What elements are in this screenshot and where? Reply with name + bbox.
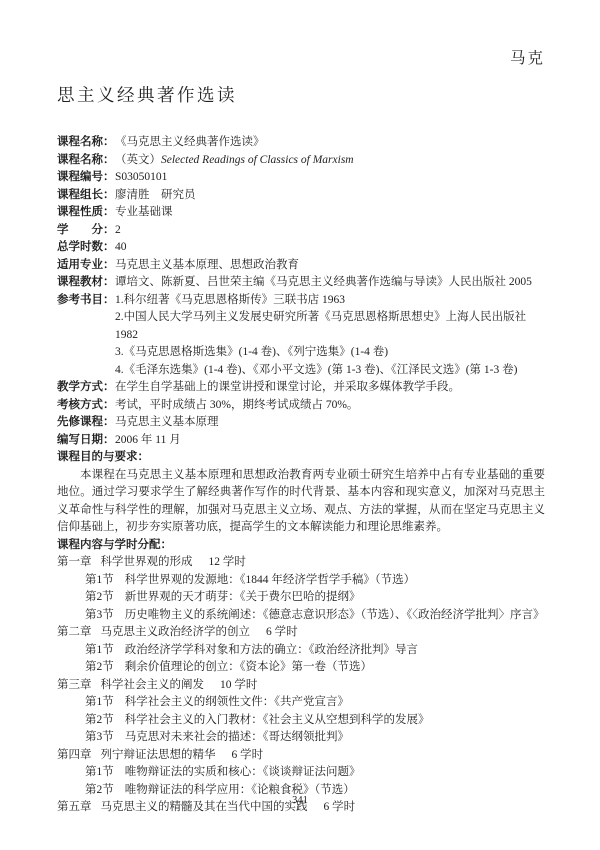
field-value-prefix: （英文） <box>115 154 161 166</box>
field-value: 40 <box>115 239 545 257</box>
chapter-3: 第三章科学社会主义的阐发10 学时 <box>57 677 545 695</box>
document-page: 马克 思主义经典著作选读 课程名称： 《马克思主义经典著作选读》 课程名称： （… <box>0 0 600 850</box>
field-value: 2006 年 11 月 <box>115 432 545 450</box>
field-written-date: 编写日期： 2006 年 11 月 <box>57 432 545 450</box>
field-label: 课程名称： <box>57 134 115 152</box>
chapter-title: 马克思主义政治经济学的创立 <box>101 626 251 638</box>
field-value: 廖清胜 研究员 <box>115 187 545 205</box>
field-label: 课程性质： <box>57 204 115 222</box>
page-number: 341 <box>0 792 600 810</box>
field-label: 学 分： <box>57 222 115 240</box>
course-info-fields: 课程名称： 《马克思主义经典著作选读》 课程名称： （英文）Selected R… <box>57 134 545 449</box>
chapter-number: 第一章 <box>57 556 92 568</box>
field-label: 总学时数： <box>57 239 115 257</box>
section-number: 第2节 <box>85 591 114 603</box>
field-reference-books-line2: 2.中国人民大学马列主义发展史研究所著《马克思恩格斯思想史》上海人民出版社 19… <box>57 309 545 344</box>
section-number: 第3节 <box>85 609 114 621</box>
field-label: 参考书目： <box>57 292 115 310</box>
field-total-hours: 总学时数： 40 <box>57 239 545 257</box>
field-label: 课程教材： <box>57 274 115 292</box>
chapter-3-section-1: 第1节科学社会主义的纲领性文件：《共产党宣言》 <box>57 694 545 712</box>
field-value: 4.《毛泽东选集》(1-4 卷)、《邓小平文选》(第 1-3 卷)、《江泽民文选… <box>115 362 545 380</box>
chapter-hours: 10 学时 <box>220 679 257 691</box>
field-value: 在学生自学基础上的课堂讲授和课堂讨论，并采取多媒体教学手段。 <box>115 379 545 397</box>
section-number: 第1节 <box>85 696 114 708</box>
chapter-title: 科学社会主义的阐发 <box>101 679 205 691</box>
chapter-1-section-3: 第3节历史唯物主义的系统阐述：《德意志意识形态》（节选）、《〈政治经济学批判〉序… <box>57 607 545 625</box>
field-applicable-majors: 适用专业： 马克思主义基本原理、思想政治教育 <box>57 257 545 275</box>
section-text: 剩余价值理论的创立：《资本论》第一卷（节选） <box>125 661 372 673</box>
chapter-4-section-1: 第1节唯物辩证法的实质和核心：《谈谈辩证法问题》 <box>57 764 545 782</box>
chapter-3-section-2: 第2节科学社会主义的入门教材：《社会主义从空想到科学的发展》 <box>57 712 545 730</box>
section-number: 第2节 <box>85 661 114 673</box>
field-value: 3.《马克思恩格斯选集》(1-4 卷)、《列宁选集》(1-4 卷) <box>115 344 545 362</box>
field-value: 马克思主义基本原理 <box>115 414 545 432</box>
field-value: 马克思主义基本原理、思想政治教育 <box>115 257 545 275</box>
section-number: 第1节 <box>85 574 114 586</box>
field-label: 适用专业： <box>57 257 115 275</box>
header-carryover-text: 马克 <box>57 48 545 70</box>
field-value: 专业基础课 <box>115 204 545 222</box>
chapter-number: 第三章 <box>57 679 92 691</box>
chapter-hours: 6 学时 <box>232 749 264 761</box>
field-label: 课程组长： <box>57 187 115 205</box>
course-outline: 第一章科学世界观的形成12 学时 第1节科学世界观的发源地：《1844 年经济学… <box>57 554 545 817</box>
section-number: 第1节 <box>85 766 114 778</box>
field-label: 教学方式： <box>57 379 115 397</box>
field-course-leader: 课程组长： 廖清胜 研究员 <box>57 187 545 205</box>
chapter-2: 第二章马克思主义政治经济学的创立6 学时 <box>57 624 545 642</box>
field-prerequisite-course: 先修课程： 马克思主义基本原理 <box>57 414 545 432</box>
section-text: 政治经济学学科对象和方法的确立：《政治经济批判》导言 <box>125 644 418 656</box>
field-textbook: 课程教材： 谭培文、陈新夏、吕世荣主编《马克思主义经典著作选编与导读》人民出版社… <box>57 274 545 292</box>
field-course-type: 课程性质： 专业基础课 <box>57 204 545 222</box>
section-number: 第3节 <box>85 731 114 743</box>
field-label: 课程编号： <box>57 169 115 187</box>
section-text: 科学社会主义的纲领性文件：《共产党宣言》 <box>125 696 349 708</box>
section-number: 第2节 <box>85 714 114 726</box>
field-reference-books: 参考书目： 1.科尔纽著《马克思恩格斯传》三联书店 1963 <box>57 292 545 310</box>
field-label: 课程名称： <box>57 152 115 170</box>
chapter-2-section-1: 第1节政治经济学学科对象和方法的确立：《政治经济批判》导言 <box>57 642 545 660</box>
field-course-name-en: 课程名称： （英文）Selected Readings of Classics … <box>57 152 545 170</box>
chapter-hours: 12 学时 <box>209 556 246 568</box>
field-reference-books-line4: 4.《毛泽东选集》(1-4 卷)、《邓小平文选》(第 1-3 卷)、《江泽民文选… <box>57 362 545 380</box>
field-reference-books-line3: 3.《马克思恩格斯选集》(1-4 卷)、《列宁选集》(1-4 卷) <box>57 344 545 362</box>
field-teaching-method: 教学方式： 在学生自学基础上的课堂讲授和课堂讨论，并采取多媒体教学手段。 <box>57 379 545 397</box>
section-number: 第1节 <box>85 644 114 656</box>
page-title: 思主义经典著作选读 <box>57 83 545 107</box>
chapter-title: 列宁辩证法思想的精华 <box>101 749 216 761</box>
field-value: 《马克思主义经典著作选读》 <box>115 134 545 152</box>
chapter-number: 第四章 <box>57 749 92 761</box>
field-assessment-method: 考核方式： 考试，平时成绩占 30%，期终考试成绩占 70%。 <box>57 397 545 415</box>
chapter-1-section-1: 第1节科学世界观的发源地：《1844 年经济学哲学手稿》（节选） <box>57 572 545 590</box>
section-text: 科学社会主义的入门教材：《社会主义从空想到科学的发展》 <box>125 714 430 726</box>
field-value: 2 <box>115 222 545 240</box>
objectives-heading: 课程目的与要求： <box>57 449 545 467</box>
field-value: 谭培文、陈新夏、吕世荣主编《马克思主义经典著作选编与导读》人民出版社 2005 <box>115 274 545 292</box>
field-value: 1.科尔纽著《马克思恩格斯传》三联书店 1963 <box>115 292 545 310</box>
chapter-1: 第一章科学世界观的形成12 学时 <box>57 554 545 572</box>
field-credits: 学 分： 2 <box>57 222 545 240</box>
field-value: 2.中国人民大学马列主义发展史研究所著《马克思恩格斯思想史》上海人民出版社 19… <box>115 309 545 344</box>
section-text: 马克思对未来社会的描述：《哥达纲领批判》 <box>125 731 349 743</box>
section-text: 科学世界观的发源地：《1844 年经济学哲学手稿》（节选） <box>125 574 415 586</box>
chapter-title: 科学世界观的形成 <box>101 556 193 568</box>
field-course-name-cn: 课程名称： 《马克思主义经典著作选读》 <box>57 134 545 152</box>
content-heading: 课程内容与学时分配： <box>57 537 545 555</box>
chapter-3-section-3: 第3节马克思对未来社会的描述：《哥达纲领批判》 <box>57 729 545 747</box>
field-course-number: 课程编号： S03050101 <box>57 169 545 187</box>
field-label: 考核方式： <box>57 397 115 415</box>
field-value: S03050101 <box>115 169 545 187</box>
section-text: 历史唯物主义的系统阐述：《德意志意识形态》（节选）、《〈政治经济学批判〉序言》 <box>125 609 545 621</box>
field-value: （英文）Selected Readings of Classics of Mar… <box>115 152 545 170</box>
field-value-english: Selected Readings of Classics of Marxism <box>161 154 354 166</box>
section-text: 新世界观的天才萌芽：《关于费尔巴哈的提纲》 <box>125 591 361 603</box>
field-label: 先修课程： <box>57 414 115 432</box>
field-label: 编写日期： <box>57 432 115 450</box>
field-value: 考试，平时成绩占 30%，期终考试成绩占 70%。 <box>115 397 545 415</box>
chapter-1-section-2: 第2节新世界观的天才萌芽：《关于费尔巴哈的提纲》 <box>57 589 545 607</box>
chapter-number: 第二章 <box>57 626 92 638</box>
chapter-4: 第四章列宁辩证法思想的精华6 学时 <box>57 747 545 765</box>
section-text: 唯物辩证法的实质和核心：《谈谈辩证法问题》 <box>125 766 361 778</box>
objectives-paragraph: 本课程在马克思主义基本原理和思想政治教育两专业硕士研究生培养中占有专业基础的重要… <box>57 467 545 537</box>
chapter-hours: 6 学时 <box>266 626 298 638</box>
chapter-2-section-2: 第2节剩余价值理论的创立：《资本论》第一卷（节选） <box>57 659 545 677</box>
